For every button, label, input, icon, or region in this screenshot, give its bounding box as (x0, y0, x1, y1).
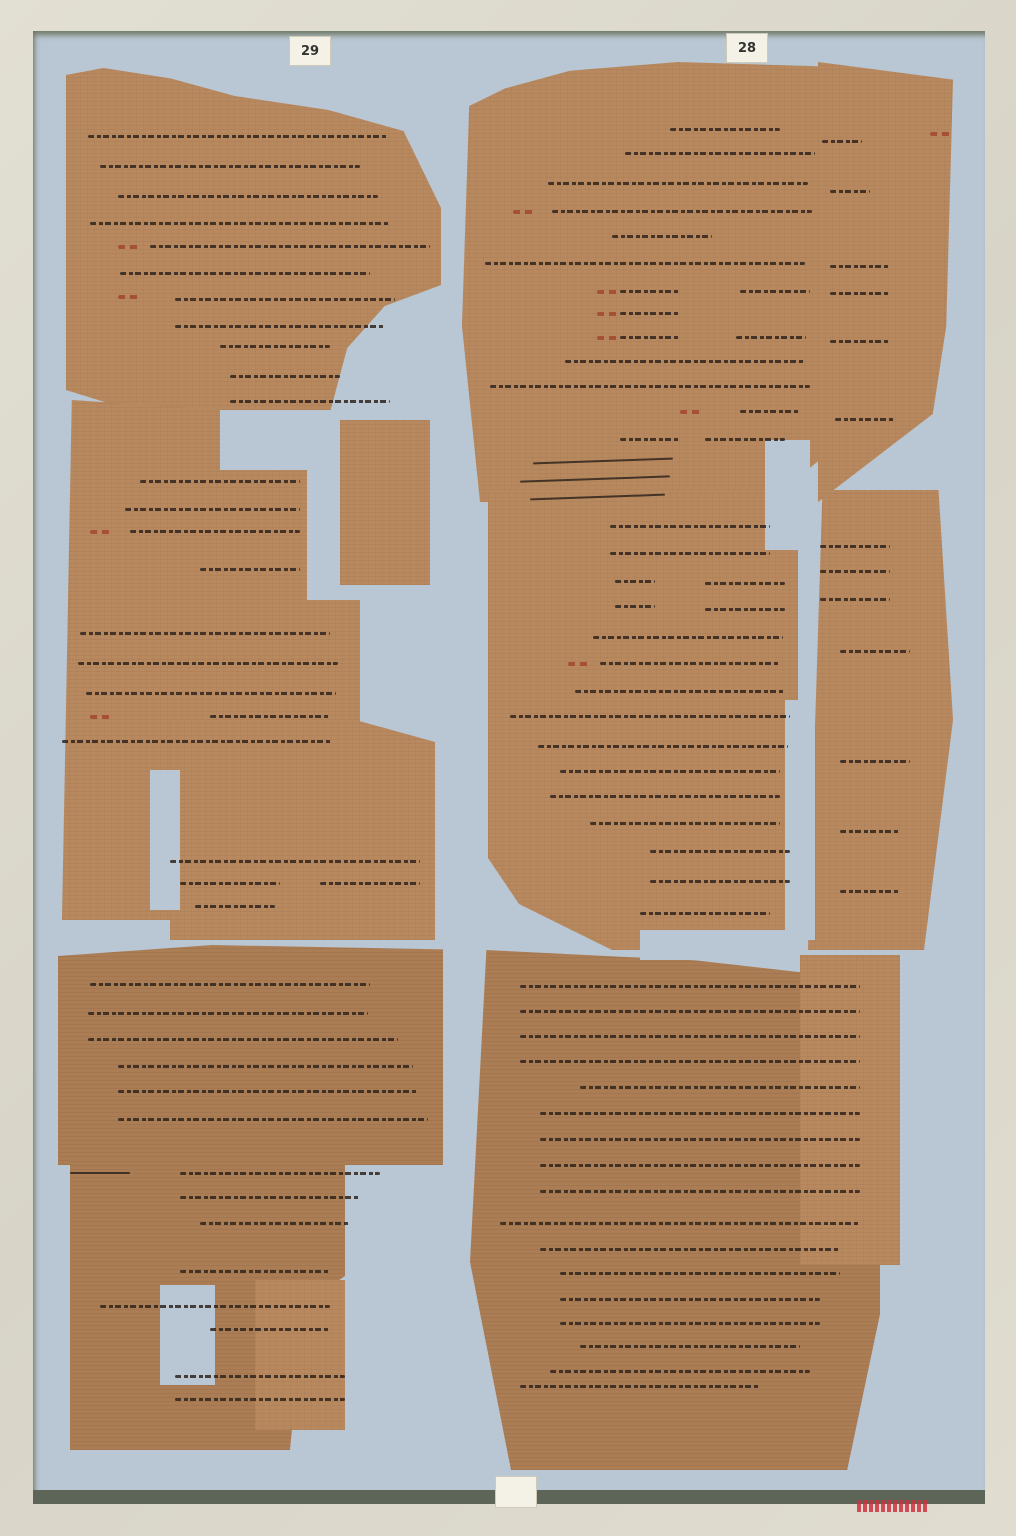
red-rubric (90, 715, 112, 719)
script-line (580, 1345, 800, 1348)
script-line (80, 632, 330, 635)
red-rubric (597, 336, 619, 340)
script-line (510, 715, 790, 718)
column-label-28: 28 (726, 33, 768, 63)
script-line (830, 265, 890, 268)
script-line (195, 905, 275, 908)
script-line (118, 1090, 418, 1093)
script-line (650, 850, 790, 853)
script-line (180, 882, 280, 885)
script-line (90, 983, 370, 986)
script-line (170, 860, 420, 863)
script-line (620, 290, 680, 293)
script-line (62, 740, 332, 743)
script-line (610, 552, 770, 555)
script-line (175, 298, 395, 301)
papyrus-fragment (808, 490, 953, 950)
script-line (830, 292, 890, 295)
script-line (230, 375, 340, 378)
papyrus-gap (150, 770, 180, 910)
script-line (88, 135, 388, 138)
papyrus-fragment (800, 955, 900, 1265)
script-line (100, 1305, 330, 1308)
script-line (620, 438, 680, 441)
script-line (175, 325, 385, 328)
script-line (175, 1398, 345, 1401)
script-line (820, 598, 890, 601)
red-rubric (597, 290, 619, 294)
red-rubric (568, 662, 590, 666)
script-line (552, 210, 812, 213)
script-line (540, 1190, 860, 1193)
script-line (86, 692, 336, 695)
papyrus-gap (785, 700, 815, 940)
script-line (615, 580, 655, 583)
script-line (550, 1370, 810, 1373)
script-line (615, 605, 655, 608)
script-line (640, 912, 770, 915)
script-line (520, 1010, 860, 1013)
script-line (565, 360, 805, 363)
papyrus-fragment (58, 945, 443, 1165)
column-label-29: 29 (289, 36, 331, 66)
script-line (88, 1038, 398, 1041)
script-line (650, 880, 790, 883)
script-line (538, 745, 788, 748)
script-line (150, 245, 430, 248)
script-line (180, 1172, 380, 1175)
script-line (835, 418, 895, 421)
collection-stamp (857, 1500, 929, 1512)
script-line (830, 340, 890, 343)
script-line (210, 1328, 330, 1331)
script-line (120, 272, 370, 275)
red-rubric (680, 410, 702, 414)
script-line (625, 152, 815, 155)
script-line (705, 608, 785, 611)
script-line (540, 1164, 860, 1167)
script-line (575, 690, 785, 693)
script-line (130, 530, 300, 533)
script-line (90, 222, 390, 225)
script-line (705, 438, 785, 441)
red-rubric (930, 132, 952, 136)
script-line (540, 1248, 840, 1251)
script-line (180, 1270, 330, 1273)
script-line (840, 890, 900, 893)
script-line (620, 336, 680, 339)
script-line (670, 128, 780, 131)
red-rubric (118, 295, 140, 299)
script-line (220, 345, 330, 348)
script-line (118, 1065, 413, 1068)
script-stroke (70, 1172, 130, 1174)
script-line (550, 795, 780, 798)
bottom-label (495, 1476, 537, 1508)
script-line (600, 662, 780, 665)
script-line (560, 1322, 820, 1325)
script-line (822, 140, 862, 143)
script-line (140, 480, 300, 483)
script-line (705, 582, 785, 585)
script-line (230, 400, 390, 403)
script-line (78, 662, 338, 665)
papyrus-gap (160, 1285, 215, 1385)
papyrus-gap (220, 410, 340, 470)
script-line (118, 1118, 428, 1121)
script-line (520, 1035, 860, 1038)
script-line (180, 1196, 360, 1199)
script-line (840, 830, 900, 833)
red-rubric (513, 210, 535, 214)
script-line (200, 1222, 350, 1225)
script-line (520, 1385, 760, 1388)
script-line (485, 262, 805, 265)
papyrus-gap (765, 440, 810, 550)
red-rubric (597, 312, 619, 316)
script-line (560, 1298, 820, 1301)
papyrus-fragment (255, 1280, 345, 1430)
script-line (500, 1222, 860, 1225)
script-line (560, 1272, 840, 1275)
script-line (320, 882, 420, 885)
papyrus-fragment (340, 420, 430, 585)
script-line (820, 570, 890, 573)
red-rubric (118, 245, 140, 249)
script-line (210, 715, 330, 718)
script-line (593, 636, 783, 639)
script-line (612, 235, 712, 238)
script-line (580, 1086, 860, 1089)
script-line (740, 410, 800, 413)
script-line (736, 336, 806, 339)
script-line (540, 1112, 860, 1115)
script-line (610, 525, 770, 528)
script-line (118, 195, 378, 198)
script-line (200, 568, 300, 571)
script-line (620, 312, 680, 315)
script-line (820, 545, 890, 548)
script-line (490, 385, 810, 388)
script-line (590, 822, 780, 825)
script-line (548, 182, 808, 185)
red-rubric (90, 530, 112, 534)
papyrus-gap (640, 930, 800, 960)
script-line (520, 985, 860, 988)
script-line (125, 508, 300, 511)
script-line (175, 1375, 345, 1378)
script-line (520, 1060, 860, 1063)
script-line (740, 290, 810, 293)
script-line (100, 165, 360, 168)
script-line (560, 770, 780, 773)
script-line (840, 650, 910, 653)
script-line (830, 190, 870, 193)
script-line (88, 1012, 368, 1015)
script-line (540, 1138, 860, 1141)
script-line (840, 760, 910, 763)
